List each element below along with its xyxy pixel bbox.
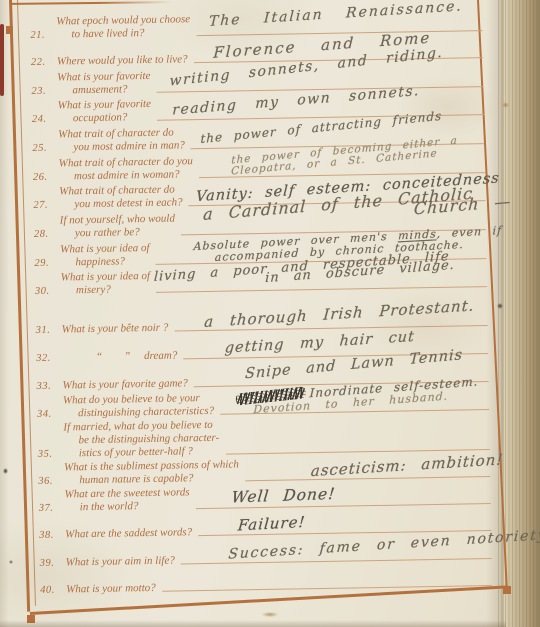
question-line: If not yourself, who would	[60, 213, 175, 228]
question-text: What is the sublimest passions of whichh…	[64, 458, 239, 487]
question-number: 27.	[33, 200, 59, 212]
question-number: 21.	[30, 30, 56, 42]
question-number: 30.	[35, 286, 61, 298]
question-number: 31.	[36, 324, 62, 336]
question-number: 25.	[32, 143, 58, 155]
question-text: What is your motto?	[66, 582, 156, 597]
handwritten-answer: The Italian Renaissance.	[208, 0, 463, 30]
question-text: What is your favoriteamusement?	[57, 70, 151, 98]
page-bottom-crease	[0, 620, 506, 627]
handwritten-answer: asceticism: ambition!	[310, 451, 504, 479]
question-number: 32.	[36, 352, 62, 364]
question-text: If married, what do you believe tobe the…	[63, 419, 219, 461]
question-line: What is your favorite	[58, 98, 151, 113]
question-number: 36.	[38, 475, 64, 487]
border-corner-ornament	[503, 586, 511, 594]
age-spot	[262, 612, 278, 617]
question-line: be the distinguishing character-	[78, 432, 219, 447]
age-spot	[3, 468, 8, 474]
question-number: 33.	[37, 380, 63, 392]
question-text: What epoch would you chooseto have lived…	[56, 13, 190, 41]
age-spot	[502, 102, 509, 108]
question-text: What do you believe to be yourdistinguis…	[63, 392, 214, 421]
question-number: 23.	[31, 86, 57, 98]
question-number: 40.	[40, 584, 66, 596]
confession-album-page-photo: 21. What epoch would you chooseto have l…	[0, 0, 540, 627]
question-number: 38.	[39, 529, 65, 541]
questions-list: 21. What epoch would you chooseto have l…	[30, 0, 492, 597]
question-line: What is your favorite	[57, 70, 150, 85]
question-number: 35.	[38, 448, 64, 460]
answer-segment: The Italian Renaissance.	[208, 0, 463, 30]
question-line: misery?	[76, 283, 150, 297]
question-line: What is your idea of	[60, 242, 149, 257]
question-number: 22.	[31, 57, 57, 69]
question-text: What trait of character doyou most detes…	[59, 183, 183, 211]
question-number: 37.	[39, 502, 65, 514]
question-text: If not yourself, who wouldyou rather be?	[60, 213, 176, 241]
question-line: What is your motto?	[66, 582, 156, 597]
question-line: What is your idea of	[61, 270, 150, 285]
answer-line: asceticism: ambition!	[310, 451, 504, 479]
answer-segment: Failure!	[237, 513, 306, 535]
binding-mark	[0, 24, 4, 96]
question-number: 29.	[34, 258, 60, 270]
handwritten-answer: Well Done!	[231, 486, 337, 506]
question-number: 28.	[34, 229, 60, 241]
answer-segment: Well Done!	[231, 485, 337, 507]
question-text: What is your idea ofmisery?	[61, 270, 151, 298]
question-line: What are the sweetest words	[64, 486, 189, 501]
handwritten-answer: Failure!	[237, 514, 306, 534]
question-number: 39.	[40, 557, 66, 569]
question-number: 24.	[32, 114, 58, 126]
question-number: 26.	[33, 172, 59, 184]
border-corner-ornament	[6, 26, 13, 34]
question-text: What trait of character do youmost admir…	[59, 155, 194, 183]
question-text: What is your idea ofhappiness?	[60, 242, 150, 270]
question-text: What are the sweetest wordsin the world?	[64, 486, 189, 514]
age-spot	[9, 560, 13, 564]
answer-line: Failure!	[237, 514, 306, 534]
answer-line: Well Done!	[231, 486, 337, 506]
question-number: 34.	[37, 408, 63, 420]
answer-line: The Italian Renaissance.	[208, 0, 463, 30]
question-text: What trait of character doyou most admir…	[58, 126, 185, 154]
question-line: happiness?	[75, 255, 149, 269]
question-text: What is your favoriteoccupation?	[58, 98, 152, 126]
age-spot	[497, 303, 503, 309]
question-line: What epoch would you choose	[56, 13, 190, 28]
